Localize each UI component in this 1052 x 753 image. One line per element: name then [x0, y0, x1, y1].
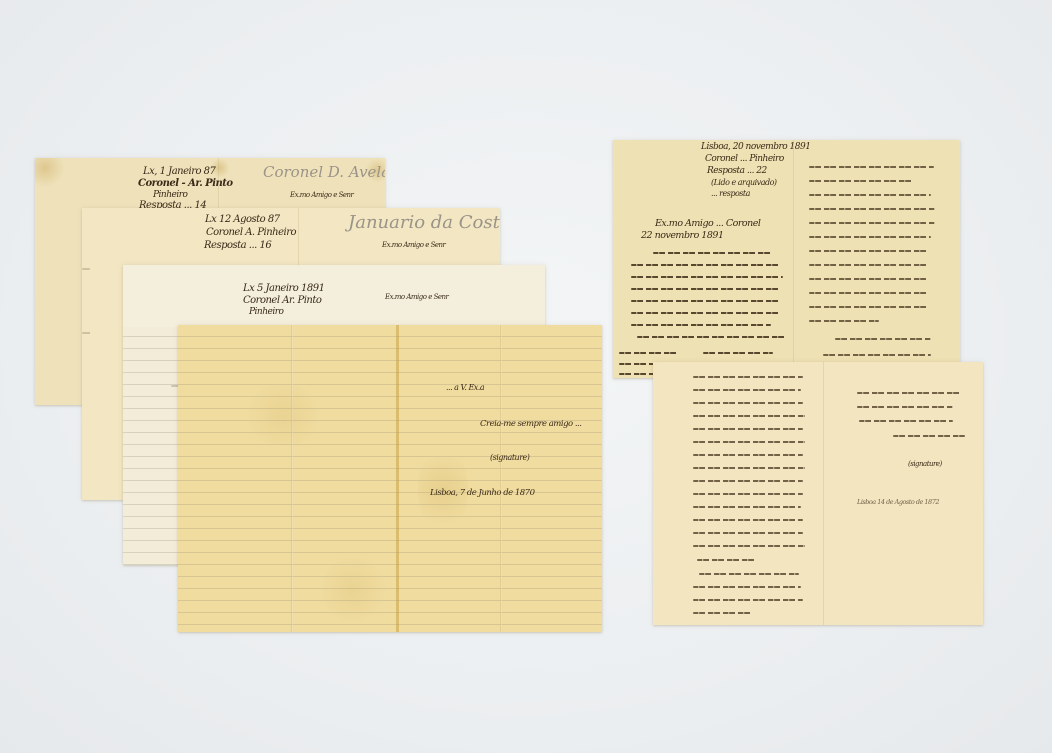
letter-c-header-1: Lx 5 Janeiro 1891 — [243, 283, 324, 294]
letter-d-signature: (signature) — [490, 453, 529, 462]
letter-b-header-1: Lx 12 Agosto 87 — [205, 214, 280, 225]
letter-e-date: 22 novembro 1891 — [641, 230, 723, 241]
letter-e-salutation: Ex.mo Amigo ... Coronel — [655, 218, 760, 229]
letter-f-signature: (signature) — [908, 460, 942, 468]
letter-d: ... a V. Ex.a Creia-me sempre amigo ... … — [178, 325, 602, 632]
letter-b-header-3: Resposta ... 16 — [204, 240, 271, 251]
letter-e: Lisboa, 20 novembro 1891 Coronel ... Pin… — [613, 140, 960, 378]
letter-b-pencil-note: Januario da Costa — [348, 212, 500, 233]
letter-c-addressee: Ex.mo Amigo e Senr — [385, 293, 448, 301]
letter-f: (signature) Lisboa 14 de Agosto de 1872 — [653, 362, 983, 625]
letter-c-header-2: Coronel Ar. Pinto — [243, 295, 321, 306]
letter-b-header-2: Coronel A. Pinheiro — [206, 227, 296, 238]
letter-f-date: Lisboa 14 de Agosto de 1872 — [857, 498, 939, 506]
letter-e-header-1: Lisboa, 20 novembro 1891 — [701, 142, 810, 152]
letter-a-header-2: Coronel - Ar. Pinto — [138, 178, 233, 189]
letter-a-addressee: Ex.mo Amigo e Senr — [290, 191, 353, 199]
letter-a-header-1: Lx, 1 Janeiro 87 — [143, 166, 215, 177]
letter-e-header-3: Resposta ... 22 — [707, 166, 767, 176]
letter-e-header-5: ... resposta — [711, 189, 750, 198]
letter-c-header-3: Pinheiro — [249, 307, 283, 317]
letter-e-header-4: (Lido e arquivado) — [711, 178, 777, 187]
letter-b-addressee: Ex.mo Amigo e Senr — [382, 241, 445, 249]
letter-e-header-2: Coronel ... Pinheiro — [705, 154, 784, 164]
letter-d-closing-1: ... a V. Ex.a — [446, 383, 484, 392]
letter-a-header-3: Pinheiro — [153, 190, 187, 200]
letter-d-closing-2: Creia-me sempre amigo ... — [480, 419, 581, 429]
letter-a-pencil-note: Coronel D. Avelar — [263, 163, 385, 181]
letter-d-date: Lisboa, 7 de Junho de 1870 — [430, 488, 535, 498]
